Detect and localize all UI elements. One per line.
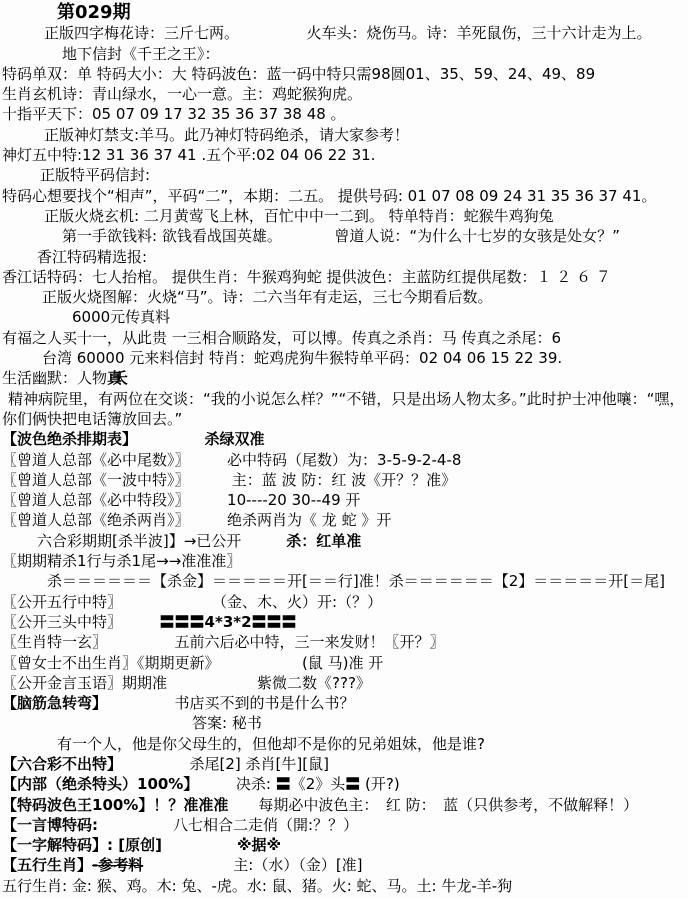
- text-segment: 五前六后必中特，三一来发财！〖开？〗: [175, 633, 445, 651]
- text-line: 正版特平码信封:: [2, 165, 686, 185]
- text-segment: 【一字解特码】: [原创]: [2, 836, 162, 854]
- text-segment: 〖曾道人总部《必中特段》〗: [2, 491, 182, 509]
- text-line: 你们俩快把电话簿放回去。”: [2, 409, 686, 429]
- text-line: 特码单双：单 特码大小：大 特码波色：蓝一码中特只需98圆01、35、59、24…: [2, 64, 686, 84]
- text-line: 正版神灯禁支:羊马。此乃神灯特码绝杀，请大家参考！: [2, 125, 686, 145]
- text-segment: 〖曾道人总部《绝杀两肖》〗: [2, 511, 182, 529]
- text-line: 〖曾道人总部《必中特段》〗 10----20 30--49 开: [2, 490, 686, 510]
- text-segment: [241, 532, 286, 550]
- text-segment: 【波色绝杀排期表】: [2, 430, 130, 448]
- text-segment: 杀绿双准: [205, 430, 265, 448]
- text-segment: 〓〓〓4*3*2〓〓〓: [160, 613, 297, 631]
- text-segment: 杀尾[2] 杀肖[牛][鼠]: [190, 755, 329, 773]
- text-segment: 〓: [345, 775, 360, 793]
- text-segment: [167, 674, 257, 692]
- text-segment: [115, 755, 190, 773]
- text-segment: 〖曾道人总部《一波中特》〗: [2, 471, 182, 489]
- text-segment: 特码心想要找个“相声”，平码“二”，本期：二五。 提供号码: 01 07 08 …: [2, 187, 656, 205]
- text-segment: 香江话特码：七人抬棺。 提供生肖：牛猴鸡狗蛇 提供波色：主蓝防红提供尾数：１ ２…: [2, 268, 611, 286]
- text-line: 【波色绝杀排期表】 杀绿双准: [2, 429, 686, 449]
- text-segment: [212, 654, 302, 672]
- text-segment: 正版神灯禁支:羊马。此乃神灯特码绝杀，请大家参考！: [44, 126, 409, 144]
- text-line: 【一言博特码: 八七相合二走俏（開:？？）: [2, 815, 686, 835]
- text-line: 〖曾道人总部《必中尾数》〗 必中特码（尾数）为：3-5-9-2-4-8: [2, 450, 686, 470]
- text-segment: [228, 796, 258, 814]
- text-line: 〖曾道人总部《一波中特》〗 主：蓝 波 防：红 波《开？？准》: [2, 470, 686, 490]
- text-segment: 【特码波色王100%】！？准准准: [2, 796, 228, 814]
- text-line: 生肖玄机诗：青山绿水，一心一意。主：鸡蛇猴狗虎。: [2, 84, 686, 104]
- text-segment: [182, 491, 227, 509]
- lines-container: 第029期正版四字梅花诗：三斤七两。 火车头：烧伤马。诗：羊死鼠伤，三十六计走为…: [2, 3, 686, 896]
- text-segment: 〖曾道人总部《必中尾数》〗: [2, 451, 182, 469]
- text-line: 【脑筋急转弯】 书店买不到的书是什么书？: [2, 693, 686, 713]
- text-line: 杀＝＝＝＝＝＝【杀金】＝＝＝＝＝开[＝＝行]准！杀＝＝＝＝＝＝【2】＝＝＝＝＝开…: [2, 571, 686, 591]
- text-segment: 〖公开五行中特〗: [2, 593, 115, 611]
- text-segment: [100, 694, 175, 712]
- text-line: 正版火烧图解：火烧“马”。诗：二六当年有走运，三七今期看后数。: [2, 287, 686, 307]
- text-segment: [115, 593, 220, 611]
- text-line: 〖曾道人总部《绝杀两肖》〗 绝杀两肖为《 龙 蛇 》开: [2, 510, 686, 530]
- text-line: 正版四字梅花诗：三斤七两。 火车头：烧伤马。诗：羊死鼠伤，三十六计走为上。: [2, 23, 686, 43]
- text-segment: [162, 836, 237, 854]
- text-segment: 地下信封《千王之王》：: [62, 45, 220, 63]
- text-segment: 你们俩快把电话簿放回去。”: [2, 410, 182, 428]
- text-segment: （金、木、火）开:（？）: [220, 593, 383, 611]
- text-line: 【五行生肖】-参考料 主:（水）（金）[准]: [2, 855, 686, 875]
- text-line: 【内部（绝杀特头）100%】 决杀: 〓《2》头〓 (开?): [2, 774, 686, 794]
- text-line: 正版火烧玄机: 二月黄莺飞上林，百忙中中一二到。 特单特肖：蛇猴牛鸡狗兔: [2, 206, 686, 226]
- overlapped-glyphs: 真夭: [107, 368, 128, 388]
- text-line: 【特码波色王100%】！？准准准 每期必中波色主： 红 防： 蓝（只供参考，不做…: [2, 795, 686, 815]
- text-segment: 主：蓝 波 防：红 波《开？？准》: [227, 471, 456, 489]
- text-segment: 生活幽默：人物: [2, 369, 107, 387]
- text-segment: [182, 511, 227, 529]
- text-segment: [182, 451, 227, 469]
- text-segment: [191, 775, 236, 793]
- text-segment: 正版四字梅花诗：三斤七两。 火车头：烧伤马。诗：羊死鼠伤，三十六计走为上。: [44, 24, 652, 42]
- text-segment: 六合彩期期[杀半波]】→已公开: [37, 532, 241, 550]
- text-segment: 台湾 60000 元来料信封 特肖：蛇鸡虎狗牛猴特单平码：02 04 06 15…: [42, 349, 562, 367]
- text-segment: 正版火烧图解：火烧“马”。诗：二六当年有走运，三七今期看后数。: [42, 288, 493, 306]
- text-segment: ※据※: [237, 836, 281, 854]
- text-line: 有一个人，他是你父母生的，但他却不是你的兄弟姐妹，他是谁?: [2, 734, 686, 754]
- text-segment: -参考料: [92, 856, 143, 874]
- text-segment: 【五行生肖】: [2, 856, 92, 874]
- text-segment: 杀＝＝＝＝＝＝【杀金】＝＝＝＝＝开[＝＝行]准！杀＝＝＝＝＝＝【2】＝＝＝＝＝开…: [47, 572, 665, 590]
- text-line: 【一字解特码】: [原创] ※据※: [2, 835, 686, 855]
- text-segment: 10----20 30--49 开: [227, 491, 360, 509]
- text-line: 香江特码精选报:: [2, 247, 686, 267]
- text-line: 【六合彩不出特】 杀尾[2] 杀肖[牛][鼠]: [2, 754, 686, 774]
- text-line: 香江话特码：七人抬棺。 提供生肖：牛猴鸡狗蛇 提供波色：主蓝防红提供尾数：１ ２…: [2, 267, 686, 287]
- text-line: 神灯五中特:12 31 36 37 41 .五个平:02 04 06 22 31…: [2, 145, 686, 165]
- text-segment: 〓: [276, 775, 291, 793]
- text-segment: 【六合彩不出特】: [2, 755, 115, 773]
- text-segment: 每期必中波色主： 红 防： 蓝（只供参考，不做解释！）: [258, 796, 638, 814]
- text-segment: 【脑筋急转弯】: [2, 694, 100, 712]
- text-line: 有福之人买十一，从此贵 一三相合顺路发，可以博。传真之杀肖：马 传真之杀尾：6: [2, 328, 686, 348]
- text-segment: [100, 633, 175, 651]
- text-line: 〖期期精杀1行与杀1尾→→准准准〗: [2, 551, 686, 571]
- text-segment: 生肖玄机诗：青山绿水，一心一意。主：鸡蛇猴狗虎。: [2, 85, 362, 103]
- text-segment: 精神病院里，有两位在交谈：“我的小说怎么样？”“不错，只是出场人物太多。”此时护…: [8, 390, 684, 408]
- text-line: 第029期: [2, 3, 686, 23]
- text-segment: 〖生肖特一玄〗: [2, 633, 100, 651]
- text-segment: 第029期: [57, 2, 131, 23]
- text-segment: 《2》头: [291, 775, 346, 793]
- text-segment: [143, 856, 233, 874]
- text-segment: 十指平天下：05 07 09 17 32 35 36 37 38 48 。: [2, 105, 346, 123]
- lottery-tip-sheet-page: 第029期正版四字梅花诗：三斤七两。 火车头：烧伤马。诗：羊死鼠伤，三十六计走为…: [0, 0, 688, 899]
- text-segment: 答案: 秘书: [192, 714, 262, 732]
- text-segment: 紫微二数《???》: [257, 674, 371, 692]
- text-segment: 【一言博特码:: [2, 816, 98, 834]
- text-segment: 绝杀两肖为《 龙 蛇 》开: [227, 511, 391, 529]
- text-segment: 书店买不到的书是什么书？: [175, 694, 355, 712]
- text-line: 台湾 60000 元来料信封 特肖：蛇鸡虎狗牛猴特单平码：02 04 06 15…: [2, 348, 686, 368]
- text-segment: [182, 471, 227, 489]
- text-line: 答案: 秘书: [2, 713, 686, 733]
- text-line: 精神病院里，有两位在交谈：“我的小说怎么样？”“不错，只是出场人物太多。”此时护…: [2, 389, 686, 409]
- text-line: 生活幽默：人物真夭: [2, 368, 686, 388]
- text-line: 第一手欲钱料: 欲钱看战国英雄。 曾道人说：“为什么十七岁的女骇是处女？”: [2, 226, 686, 246]
- text-line: 〖公开金言玉语〗期期准 紫微二数《???》: [2, 673, 686, 693]
- text-segment: 特码单双：单 特码大小：大 特码波色：蓝一码中特只需98圆01、35、59、24…: [2, 65, 595, 83]
- text-segment: 正版特平码信封:: [40, 166, 150, 184]
- text-segment: 必中特码（尾数）为：3-5-9-2-4-8: [227, 451, 461, 469]
- text-segment: 神灯五中特:12 31 36 37 41 .五个平:02 04 06 22 31…: [2, 146, 375, 164]
- text-segment: [98, 816, 173, 834]
- text-line: 地下信封《千王之王》：: [2, 44, 686, 64]
- text-line: 〖公开五行中特〗 （金、木、火）开:（？）: [2, 592, 686, 612]
- text-segment: 杀：红单准: [286, 532, 361, 550]
- text-segment: [115, 613, 160, 631]
- text-line: 〖曾女士不出生肖〗《期期更新》 (鼠 马)准 开: [2, 653, 686, 673]
- text-segment: 〖曾女士不出生肖〗《期期更新》: [2, 654, 212, 672]
- text-segment: 决杀:: [236, 775, 276, 793]
- text-segment: 八七相合二走俏（開:？？）: [173, 816, 358, 834]
- text-segment: 〖公开金言玉语〗期期准: [2, 674, 167, 692]
- text-segment: 6000元传真料: [72, 308, 170, 326]
- text-segment: 〖期期精杀1行与杀1尾→→准准准〗: [2, 552, 241, 570]
- text-segment: 香江特码精选报:: [37, 248, 147, 266]
- text-line: 6000元传真料: [2, 307, 686, 327]
- text-segment: [130, 430, 205, 448]
- text-line: 〖公开三头中特〗 〓〓〓4*3*2〓〓〓: [2, 612, 686, 632]
- text-segment: 【内部（绝杀特头）100%】: [2, 775, 191, 793]
- text-line: 特码心想要找个“相声”，平码“二”，本期：二五。 提供号码: 01 07 08 …: [2, 186, 686, 206]
- text-segment: 五行生肖: 金: 猴、鸡。木: 兔、-虎。水: 鼠、猪。火: 蛇、马。土: 牛龙…: [2, 877, 512, 895]
- text-segment: 〖公开三头中特〗: [2, 613, 115, 631]
- text-line: 十指平天下：05 07 09 17 32 35 36 37 38 48 。: [2, 104, 686, 124]
- text-segment: (开?): [360, 775, 399, 793]
- text-segment: 正版火烧玄机: 二月黄莺飞上林，百忙中中一二到。 特单特肖：蛇猴牛鸡狗兔: [44, 207, 554, 225]
- text-segment: 第一手欲钱料: 欲钱看战国英雄。 曾道人说：“为什么十七岁的女骇是处女？”: [62, 227, 620, 245]
- text-segment: 主:（水）（金）[准]: [233, 856, 362, 874]
- text-line: 五行生肖: 金: 猴、鸡。木: 兔、-虎。水: 鼠、猪。火: 蛇、马。土: 牛龙…: [2, 876, 686, 896]
- text-segment: (鼠 马)准 开: [302, 654, 383, 672]
- text-segment: 有福之人买十一，从此贵 一三相合顺路发，可以博。传真之杀肖：马 传真之杀尾：6: [2, 329, 561, 347]
- text-segment: 有一个人，他是你父母生的，但他却不是你的兄弟姐妹，他是谁?: [57, 735, 485, 753]
- text-line: 〖生肖特一玄〗 五前六后必中特，三一来发财！〖开？〗: [2, 632, 686, 652]
- text-line: 六合彩期期[杀半波]】→已公开 杀：红单准: [2, 531, 686, 551]
